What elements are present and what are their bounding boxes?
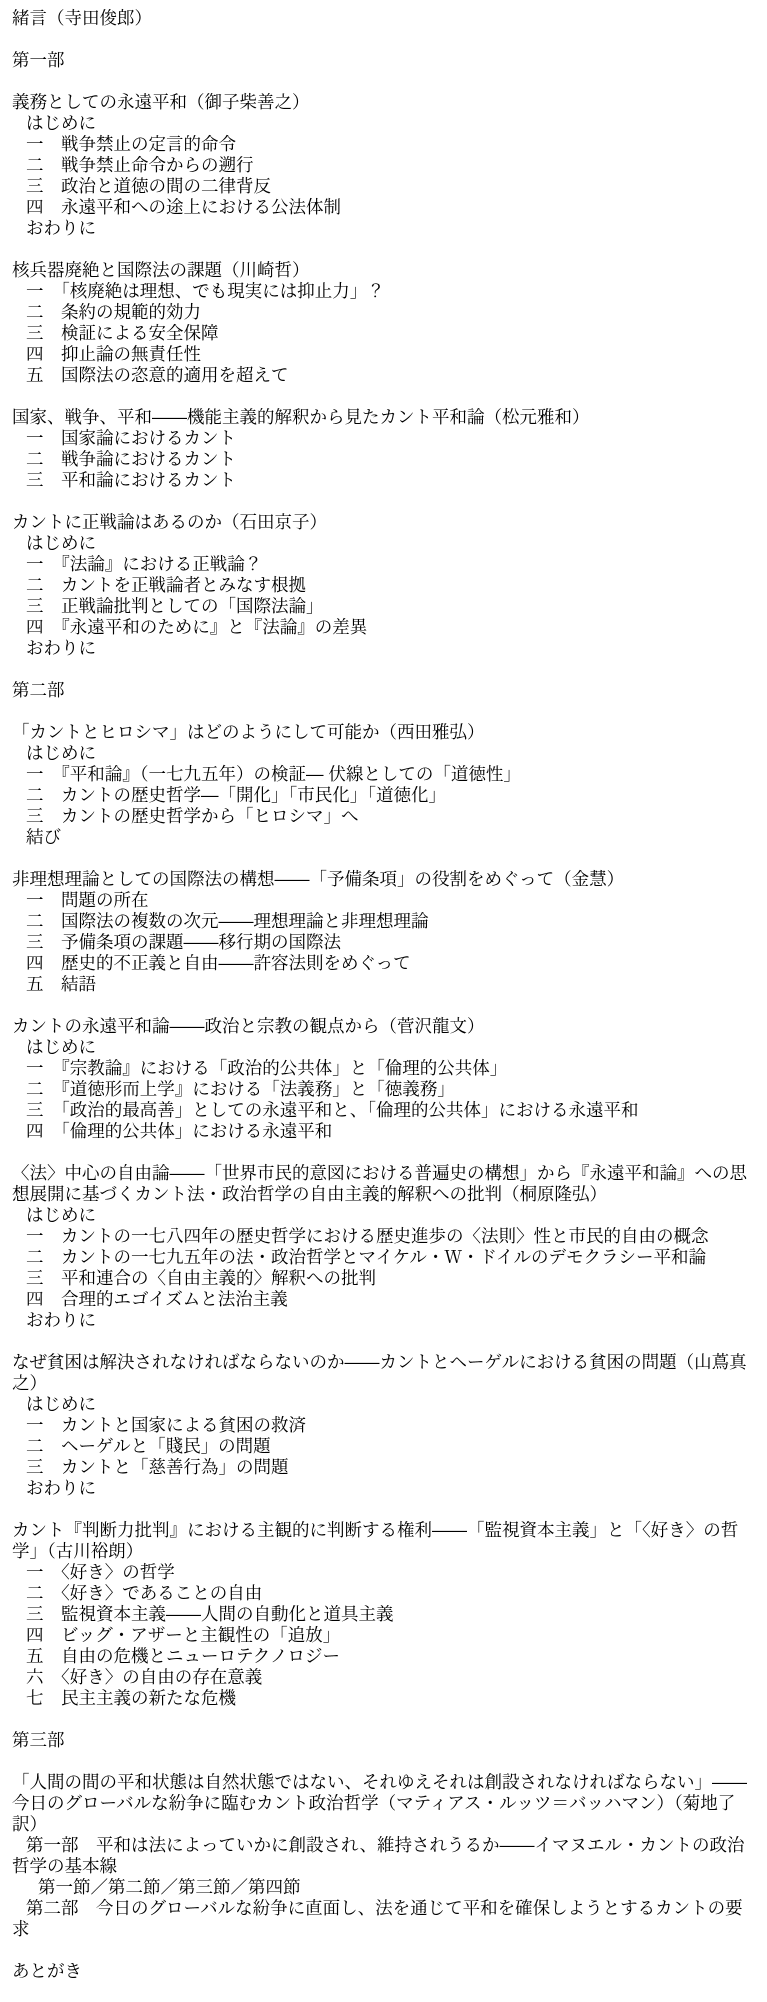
chapter-title: なぜ貧困は解決されなければならないのか——カントとヘーゲルにおける貧困の問題（山… xyxy=(12,1352,759,1394)
chapter-block: 国家、戦争、平和——機能主義的解釈から見たカント平和論（松元雅和）一 国家論にお… xyxy=(12,407,759,491)
toc-entry: 一 国家論におけるカント xyxy=(12,428,759,449)
toc-entry: 一 「核廃絶は理想、でも現実には抑止力」？ xyxy=(12,281,759,302)
chapter-title: 〈法〉中心の自由論——「世界市民的意図における普遍史の構想」から『永遠平和論』へ… xyxy=(12,1163,759,1205)
toc-entry: おわりに xyxy=(12,1310,759,1331)
toc-entry: 二 戦争論におけるカント xyxy=(12,449,759,470)
toc-entry: 三 正戦論批判としての「国際法論」 xyxy=(12,596,759,617)
toc-entry: 二 戦争禁止命令からの遡行 xyxy=(12,155,759,176)
toc-entry: 三 検証による安全保障 xyxy=(12,323,759,344)
toc-entry: 四 合理的エゴイズムと法治主義 xyxy=(12,1289,759,1310)
toc-entry: 五 結語 xyxy=(12,974,759,995)
toc-entry: 二 カントの歴史哲学—「開化」「市民化」「道徳化」 xyxy=(12,785,759,806)
toc-entry: 二 国際法の複数の次元——理想理論と非理想理論 xyxy=(12,911,759,932)
toc-entry: 二 カントを正戦論者とみなす根拠 xyxy=(12,575,759,596)
toc-entry: 一 問題の所在 xyxy=(12,890,759,911)
toc-entry: 一 戦争禁止の定言的命令 xyxy=(12,134,759,155)
toc-entry: はじめに xyxy=(12,533,759,554)
chapter-title: 「カントとヒロシマ」はどのようにして可能か（西田雅弘） xyxy=(12,722,759,743)
chapter-title: 「人間の間の平和状態は自然状態ではない、それゆえそれは創設されなければならない」… xyxy=(12,1772,759,1835)
chapter-title: 義務としての永遠平和（御子柴善之） xyxy=(12,92,759,113)
toc-entry: 二 『道徳形而上学』における「法義務」と「徳義務」 xyxy=(12,1079,759,1100)
toc-entry: 二 条約の規範的効力 xyxy=(12,302,759,323)
toc-entry: 五 自由の危機とニューロテクノロジー xyxy=(12,1646,759,1667)
toc-heading: 緒言（寺田俊郎） xyxy=(12,8,759,29)
toc-entry: 三 「政治的最高善」としての永遠平和と、「倫理的公共体」における永遠平和 xyxy=(12,1100,759,1121)
heading-block: 緒言（寺田俊郎） xyxy=(12,8,759,29)
chapter-block: 核兵器廃絶と国際法の課題（川崎哲）一 「核廃絶は理想、でも現実には抑止力」？二 … xyxy=(12,260,759,386)
chapter-block: 「カントとヒロシマ」はどのようにして可能か（西田雅弘）はじめに一 『平和論』（一… xyxy=(12,722,759,848)
toc-document: 緒言（寺田俊郎）第一部義務としての永遠平和（御子柴善之）はじめに一 戦争禁止の定… xyxy=(0,0,767,2002)
toc-entry: 一 カントと国家による貧困の救済 xyxy=(12,1415,759,1436)
chapter-title: 国家、戦争、平和——機能主義的解釈から見たカント平和論（松元雅和） xyxy=(12,407,759,428)
chapter-block: カントに正戦論はあるのか（石田京子）はじめに一 『法論』における正戦論？二 カン… xyxy=(12,512,759,659)
part-heading: 第三部 xyxy=(12,1730,759,1751)
chapter-title: 核兵器廃絶と国際法の課題（川崎哲） xyxy=(12,260,759,281)
chapter-block: 〈法〉中心の自由論——「世界市民的意図における普遍史の構想」から『永遠平和論』へ… xyxy=(12,1163,759,1331)
toc-entry: 二 カントの一七九五年の法・政治哲学とマイケル・Ｗ・ドイルのデモクラシー平和論 xyxy=(12,1247,759,1268)
part-block: 第二部 xyxy=(12,680,759,701)
toc-entry: はじめに xyxy=(12,1394,759,1415)
toc-entry: はじめに xyxy=(12,113,759,134)
toc-entry: 一 カントの一七八四年の歴史哲学における歴史進歩の〈法則〉性と市民的自由の概念 xyxy=(12,1226,759,1247)
toc-entry: 五 国際法の恣意的適用を超えて xyxy=(12,365,759,386)
toc-entry: 三 カントと「慈善行為」の問題 xyxy=(12,1457,759,1478)
toc-entry: はじめに xyxy=(12,1205,759,1226)
chapter-title: 非理想理論としての国際法の構想——「予備条項」の役割をめぐって（金慧） xyxy=(12,869,759,890)
toc-entry: 二 〈好き〉であることの自由 xyxy=(12,1583,759,1604)
toc-entry: 三 予備条項の課題——移行期の国際法 xyxy=(12,932,759,953)
toc-entry: 結び xyxy=(12,827,759,848)
chapter-title: カントの永遠平和論——政治と宗教の観点から（菅沢龍文） xyxy=(12,1016,759,1037)
part-heading: 第一部 xyxy=(12,50,759,71)
chapter-block: カント『判断力批判』における主観的に判断する権利——「監視資本主義」と「〈好き〉… xyxy=(12,1520,759,1709)
toc-entry: 三 政治と道徳の間の二律背反 xyxy=(12,176,759,197)
toc-entry: 四 抑止論の無責任性 xyxy=(12,344,759,365)
toc-entry: 七 民主主義の新たな危機 xyxy=(12,1688,759,1709)
toc-entry: 六 〈好き〉の自由の存在意義 xyxy=(12,1667,759,1688)
toc-entry: 一 『宗教論』における「政治的公共体」と「倫理的公共体」 xyxy=(12,1058,759,1079)
chapter-block: 「人間の間の平和状態は自然状態ではない、それゆえそれは創設されなければならない」… xyxy=(12,1772,759,1940)
toc-entry: 三 平和論におけるカント xyxy=(12,470,759,491)
toc-entry: おわりに xyxy=(12,1478,759,1499)
toc-entry: おわりに xyxy=(12,638,759,659)
toc-heading: あとがき xyxy=(12,1961,759,1982)
toc-entry: 四 歴史的不正義と自由——許容法則をめぐって xyxy=(12,953,759,974)
part-block: 第三部 xyxy=(12,1730,759,1751)
toc-entry: 四 「倫理的公共体」における永遠平和 xyxy=(12,1121,759,1142)
chapter-title: カント『判断力批判』における主観的に判断する権利——「監視資本主義」と「〈好き〉… xyxy=(12,1520,759,1562)
toc-entry: 三 平和連合の〈自由主義的〉解釈への批判 xyxy=(12,1268,759,1289)
toc-entry: 三 カントの歴史哲学から「ヒロシマ」へ xyxy=(12,806,759,827)
toc-entry: おわりに xyxy=(12,218,759,239)
part-heading: 第二部 xyxy=(12,680,759,701)
chapter-block: 非理想理論としての国際法の構想——「予備条項」の役割をめぐって（金慧）一 問題の… xyxy=(12,869,759,995)
chapter-block: なぜ貧困は解決されなければならないのか——カントとヘーゲルにおける貧困の問題（山… xyxy=(12,1352,759,1499)
toc-entry: 第一節／第二節／第三節／第四節 xyxy=(12,1877,759,1898)
toc-entry: 一 『平和論』（一七九五年）の検証— 伏線としての「道徳性」 xyxy=(12,764,759,785)
toc-entry: 三 監視資本主義——人間の自動化と道具主義 xyxy=(12,1604,759,1625)
chapter-block: 義務としての永遠平和（御子柴善之）はじめに一 戦争禁止の定言的命令二 戦争禁止命… xyxy=(12,92,759,239)
toc-entry: 一 〈好き〉の哲学 xyxy=(12,1562,759,1583)
chapter-block: カントの永遠平和論——政治と宗教の観点から（菅沢龍文）はじめに一 『宗教論』にお… xyxy=(12,1016,759,1142)
toc-entry: 四 ビッグ・アザーと主観性の「追放」 xyxy=(12,1625,759,1646)
toc-entry: 二 ヘーゲルと「賤民」の問題 xyxy=(12,1436,759,1457)
toc-entry: はじめに xyxy=(12,1037,759,1058)
toc-entry: 一 『法論』における正戦論？ xyxy=(12,554,759,575)
heading-block: あとがき xyxy=(12,1961,759,1982)
part-block: 第一部 xyxy=(12,50,759,71)
toc-entry: 四 永遠平和への途上における公法体制 xyxy=(12,197,759,218)
toc-entry: 四 『永遠平和のために』と『法論』の差異 xyxy=(12,617,759,638)
toc-entry: はじめに xyxy=(12,743,759,764)
chapter-title: カントに正戦論はあるのか（石田京子） xyxy=(12,512,759,533)
toc-entry: 第一部 平和は法によっていかに創設され、維持されうるか——イマヌエル・カントの政… xyxy=(12,1835,759,1877)
toc-entry: 第二部 今日のグローバルな紛争に直面し、法を通じて平和を確保しようとするカントの… xyxy=(12,1898,759,1940)
